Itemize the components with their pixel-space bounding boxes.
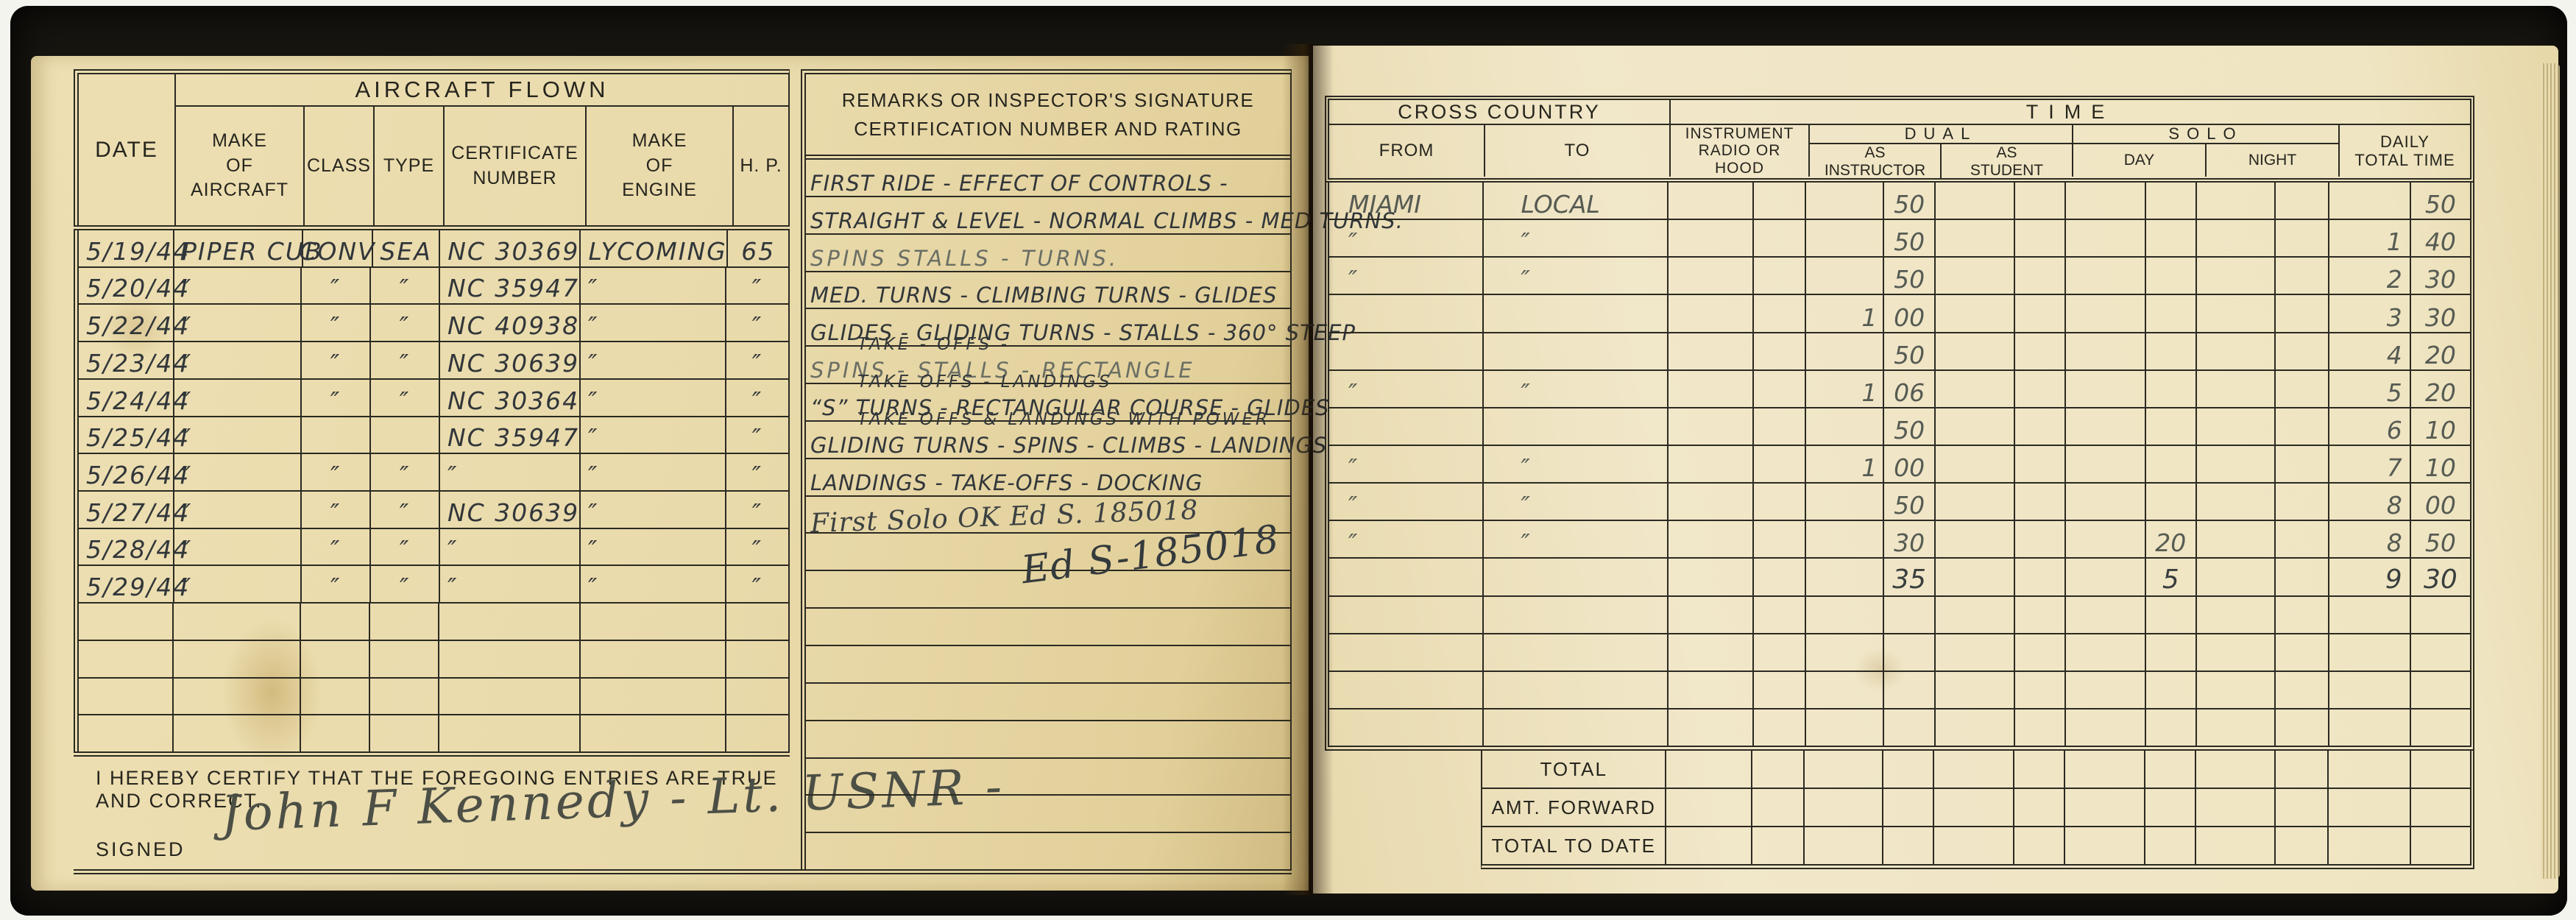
- aircraft-flown-table-header: DATE AIRCRAFT FLOWN MAKE OF AIRCRAFT CLA…: [74, 69, 790, 225]
- class-cell: [301, 641, 370, 677]
- instrument-minutes-cell: [1754, 446, 1806, 482]
- engine-cell: [581, 679, 726, 715]
- remarks-panel: REMARKS OR INSPECTOR'S SIGNATURE CERTIFI…: [801, 69, 1292, 869]
- hp-cell: [726, 715, 788, 751]
- as-instructor-minutes-cell: 50: [1884, 258, 1935, 294]
- from-cell: ″: [1329, 220, 1484, 256]
- instrument-hours-cell: [1669, 484, 1754, 520]
- solo-night-hours-cell: [2197, 220, 2276, 256]
- remark-row: LANDINGS - TAKE-OFFS - DOCKING: [806, 459, 1290, 497]
- from-cell: [1329, 295, 1484, 331]
- totals-row-label: TOTAL: [1482, 751, 1666, 788]
- time-row: ″ ″ 50 8 00: [1329, 484, 2470, 521]
- as-student-hours-cell: [1934, 789, 2014, 826]
- certificate-cell: NC 35947: [440, 417, 581, 453]
- time-row: 50 4 20: [1329, 333, 2470, 371]
- as-instructor-hours-cell: [1806, 597, 1884, 633]
- time-rows: MIAMI LOCAL 50 50 ″ ″ 50 1 40 ″ ″ 50: [1325, 183, 2474, 751]
- class-cell: CONV: [303, 230, 373, 266]
- as-instructor-hours-cell: [1806, 559, 1884, 595]
- as-student-minutes-cell: [2015, 220, 2066, 256]
- solo-night-minutes-cell: [2276, 258, 2329, 294]
- totals-row: TOTAL TO DATE: [1482, 827, 2470, 864]
- as-instructor-hours-cell: [1806, 258, 1884, 294]
- type-cell: [371, 417, 440, 453]
- engine-cell: [581, 641, 726, 677]
- solo-night-minutes-cell: [2276, 559, 2329, 595]
- solo-night-minutes-cell: [2276, 634, 2329, 670]
- class-cell: [302, 417, 371, 453]
- logbook-scan: DATE AIRCRAFT FLOWN MAKE OF AIRCRAFT CLA…: [0, 0, 2576, 920]
- remark-text: GLIDING TURNS - SPINS - CLIMBS - LANDING…: [810, 435, 1327, 456]
- class-cell: ″: [302, 492, 371, 528]
- solo-day-hours-cell: [2066, 183, 2145, 219]
- time-row: ″ ″ 50 2 30: [1329, 258, 2470, 295]
- as-student-minutes-cell: [2015, 446, 2066, 482]
- solo-night-minutes-cell: [2276, 672, 2329, 708]
- as-instructor-hours-cell: [1805, 751, 1883, 788]
- remarks-rows: FIRST RIDE - EFFECT OF CONTROLS - STRAIG…: [806, 160, 1290, 869]
- solo-day-minutes-cell: [2146, 484, 2197, 520]
- time-row: ″ ″ 1 00 7 10: [1329, 446, 2470, 484]
- remarks-header-line1: REMARKS OR INSPECTOR'S SIGNATURE: [842, 89, 1255, 112]
- solo-night-hours-cell: [2197, 446, 2276, 482]
- as-student-hours-cell: [1936, 220, 2015, 256]
- daily-total-minutes-cell: 30: [2411, 559, 2470, 595]
- solo-night-minutes-cell: [2276, 371, 2329, 407]
- daily-total-minutes-cell: [2411, 751, 2470, 788]
- as-instructor-minutes-cell: 35: [1884, 559, 1935, 595]
- cross-country-header: CROSS COUNTRY: [1329, 100, 1671, 124]
- solo-group-header: SOLO DAY NIGHT: [2073, 125, 2340, 177]
- type-cell: ″: [371, 566, 440, 602]
- as-instructor-minutes-cell: 50: [1884, 183, 1935, 219]
- as-student-minutes-cell: [2015, 559, 2066, 595]
- column-header-row: FROM TO INSTRUMENT RADIO OR HOOD DUAL AS…: [1329, 125, 2470, 177]
- type-cell: ″: [371, 454, 440, 490]
- as-instructor-minutes-cell: 06: [1884, 371, 1935, 407]
- make-cell: [174, 715, 301, 751]
- daily-total-hours-cell: [2329, 789, 2410, 826]
- solo-day-hours-cell: [2066, 484, 2145, 520]
- engine-cell: LYCOMING: [581, 230, 728, 266]
- daily-total-hours-cell: 8: [2329, 484, 2411, 520]
- as-instructor-hours-cell: [1806, 183, 1884, 219]
- solo-night-hours-cell: [2196, 827, 2275, 864]
- as-instructor-hours-cell: [1806, 408, 1884, 445]
- to-cell: [1484, 634, 1668, 670]
- to-header: TO: [1485, 125, 1671, 177]
- solo-day-minutes-cell: [2145, 751, 2197, 788]
- solo-night-hours-cell: [2197, 183, 2276, 219]
- hp-cell: 65: [728, 230, 788, 266]
- type-cell: ″: [371, 305, 440, 341]
- type-cell: [370, 604, 439, 640]
- remark-text: MED. TURNS - CLIMBING TURNS - GLIDES: [810, 285, 1277, 306]
- to-cell: LOCAL: [1484, 183, 1668, 219]
- aircraft-row: 5/27/44 ″ ″ ″ NC 30639 ″ ″: [79, 492, 788, 529]
- daily-total-hours-cell: [2329, 751, 2410, 788]
- instrument-minutes-cell: [1754, 521, 1806, 557]
- solo-night-minutes-cell: [2276, 521, 2329, 557]
- daily-total-hours-cell: [2329, 827, 2410, 864]
- remark-row: MED. TURNS - CLIMBING TURNS - GLIDES: [806, 272, 1290, 310]
- hp-cell: ″: [726, 268, 788, 304]
- instrument-minutes-cell: [1754, 258, 1806, 294]
- remark-row: TAKE OFFS & LANDINGS WITH POWER GLIDING …: [806, 422, 1290, 459]
- as-student-minutes-cell: [2015, 295, 2066, 331]
- solo-day-minutes-cell: [2146, 295, 2197, 331]
- solo-day-hours-cell: [2066, 258, 2145, 294]
- instrument-minutes-cell: [1754, 559, 1806, 595]
- daily-total-time-header: DAILY TOTAL TIME: [2340, 125, 2470, 177]
- class-header: CLASS: [305, 107, 375, 225]
- solo-night-minutes-cell: [2276, 597, 2329, 633]
- certificate-cell: ″: [440, 566, 581, 602]
- certificate-cell: [439, 604, 580, 640]
- class-cell: ″: [302, 380, 371, 416]
- instrument-hours-cell: [1669, 710, 1754, 746]
- engine-cell: [581, 604, 726, 640]
- to-cell: [1484, 710, 1668, 746]
- daily-total-hours-cell: 9: [2329, 559, 2411, 595]
- make-cell: ″: [174, 342, 302, 378]
- as-student-hours-cell: [1936, 597, 2015, 633]
- remarks-header-line2: CERTIFICATION NUMBER AND RATING: [854, 118, 1242, 141]
- totals-row-label: AMT. FORWARD: [1482, 789, 1666, 826]
- as-student-minutes-cell: [2015, 597, 2066, 633]
- solo-day-minutes-cell: [2146, 597, 2197, 633]
- instrument-hours-cell: [1666, 751, 1752, 788]
- remark-row: [806, 759, 1290, 796]
- as-instructor-hours-cell: 1: [1806, 295, 1884, 331]
- date-cell: 5/22/44: [79, 305, 174, 341]
- as-student-minutes-cell: [2014, 827, 2066, 864]
- from-cell: ″: [1329, 371, 1484, 407]
- to-cell: ″: [1484, 521, 1668, 557]
- aircraft-row: 5/22/44 ″ ″ ″ NC 40938 ″ ″: [79, 305, 788, 342]
- remark-row: SPINS STALLS - TURNS.: [806, 235, 1290, 272]
- class-cell: ″: [302, 342, 371, 378]
- to-cell: ″: [1484, 446, 1668, 482]
- solo-night-hours-cell: [2197, 634, 2276, 670]
- make-of-engine-header: MAKE OF ENGINE: [587, 107, 734, 225]
- from-cell: [1329, 597, 1484, 633]
- daily-total-hours-cell: 7: [2329, 446, 2411, 482]
- engine-cell: [581, 715, 726, 751]
- class-cell: ″: [302, 268, 371, 304]
- time-header: TIME: [1671, 100, 2470, 124]
- make-cell: ″: [174, 268, 302, 304]
- as-student-minutes-cell: [2015, 371, 2066, 407]
- date-cell: [79, 715, 174, 751]
- solo-night-minutes-cell: [2276, 183, 2329, 219]
- solo-day-hours-cell: [2065, 751, 2145, 788]
- solo-day-hours-cell: [2065, 789, 2145, 826]
- daily-total-minutes-cell: [2411, 634, 2470, 670]
- type-cell: ″: [371, 380, 440, 416]
- daily-total-hours-cell: 5: [2329, 371, 2411, 407]
- solo-day-minutes-cell: [2145, 789, 2197, 826]
- time-row: 1 00 3 30: [1329, 295, 2470, 333]
- aircraft-row: [79, 604, 788, 641]
- hp-cell: ″: [726, 529, 788, 565]
- make-cell: ″: [174, 417, 302, 453]
- daily-total-hours-cell: 2: [2329, 258, 2411, 294]
- as-student-hours-cell: [1936, 183, 2015, 219]
- dual-group-header: DUAL AS INSTRUCTOR AS STUDENT: [1810, 125, 2073, 177]
- as-instructor-hours-cell: [1806, 672, 1884, 708]
- aircraft-row: [79, 679, 788, 716]
- date-cell: 5/20/44: [79, 268, 174, 304]
- day-header: DAY: [2073, 144, 2205, 177]
- date-cell: 5/24/44: [79, 380, 174, 416]
- solo-day-minutes-cell: [2146, 220, 2197, 256]
- aircraft-flown-rows: 5/19/44 PIPER CUB CONV SEA NC 30369 LYCO…: [74, 230, 790, 751]
- from-cell: [1329, 408, 1484, 445]
- date-cell: 5/28/44: [79, 529, 174, 565]
- hp-cell: ″: [726, 492, 788, 528]
- remark-row: Ed S-185018: [806, 534, 1290, 571]
- as-student-hours-cell: [1936, 672, 2015, 708]
- engine-cell: ″: [581, 417, 726, 453]
- as-instructor-minutes-cell: [1883, 827, 1935, 864]
- as-instructor-minutes-cell: 30: [1884, 521, 1935, 557]
- daily-total-minutes-cell: [2411, 789, 2470, 826]
- time-row: [1329, 710, 2470, 746]
- aircraft-row: 5/20/44 ″ ″ ″ NC 35947 ″ ″: [79, 268, 788, 305]
- as-instructor-hours-cell: [1806, 521, 1884, 557]
- from-cell: [1329, 710, 1484, 746]
- solo-day-minutes-cell: [2145, 827, 2197, 864]
- solo-night-hours-cell: [2196, 789, 2275, 826]
- engine-cell: ″: [581, 380, 726, 416]
- from-cell: ″: [1329, 521, 1484, 557]
- hp-cell: ″: [726, 305, 788, 341]
- as-instructor-minutes-cell: [1883, 751, 1935, 788]
- instrument-hours-cell: [1669, 183, 1754, 219]
- solo-day-hours-cell: [2066, 446, 2145, 482]
- date-cell: 5/27/44: [79, 492, 174, 528]
- instrument-hours-cell: [1669, 672, 1754, 708]
- as-student-minutes-cell: [2015, 710, 2066, 746]
- hp-cell: ″: [726, 380, 788, 416]
- instrument-minutes-cell: [1752, 827, 1805, 864]
- make-cell: ″: [174, 380, 302, 416]
- remark-row: [806, 721, 1290, 759]
- make-cell: ″: [174, 566, 302, 602]
- remark-row: [806, 833, 1290, 869]
- as-student-header: AS STUDENT: [1940, 144, 2072, 179]
- solo-day-minutes-cell: [2146, 258, 2197, 294]
- as-instructor-minutes-cell: 50: [1884, 333, 1935, 369]
- solo-night-hours-cell: [2197, 597, 2276, 633]
- type-cell: ″: [371, 268, 440, 304]
- daily-total-minutes-cell: 30: [2411, 295, 2470, 331]
- certificate-cell: [439, 715, 580, 751]
- make-cell: ″: [174, 454, 302, 490]
- night-header: NIGHT: [2205, 144, 2338, 177]
- as-student-minutes-cell: [2015, 634, 2066, 670]
- totals-row-label: TOTAL TO DATE: [1482, 827, 1666, 864]
- solo-day-hours-cell: [2066, 371, 2145, 407]
- as-student-minutes-cell: [2015, 672, 2066, 708]
- date-cell: 5/25/44: [79, 417, 174, 453]
- as-instructor-minutes-cell: 50: [1884, 220, 1935, 256]
- aircraft-row: 5/26/44 ″ ″ ″ ″ ″ ″: [79, 454, 788, 492]
- aircraft-row: 5/19/44 PIPER CUB CONV SEA NC 30369 LYCO…: [79, 230, 788, 268]
- solo-night-minutes-cell: [2276, 710, 2329, 746]
- to-cell: ″: [1484, 371, 1668, 407]
- solo-night-hours-cell: [2197, 710, 2276, 746]
- as-student-minutes-cell: [2014, 789, 2066, 826]
- daily-total-minutes-cell: [2411, 710, 2470, 746]
- as-instructor-minutes-cell: [1884, 597, 1935, 633]
- solo-day-hours-cell: [2066, 710, 2145, 746]
- instrument-minutes-cell: [1754, 371, 1806, 407]
- time-row: MIAMI LOCAL 50 50: [1329, 183, 2470, 220]
- instrument-hours-cell: [1669, 220, 1754, 256]
- engine-cell: ″: [581, 305, 726, 341]
- as-student-hours-cell: [1936, 559, 2015, 595]
- class-cell: ″: [302, 529, 371, 565]
- solo-day-hours-cell: [2066, 408, 2145, 445]
- as-instructor-hours-cell: [1805, 827, 1883, 864]
- class-cell: [301, 679, 370, 715]
- instrument-hours-cell: [1666, 789, 1752, 826]
- type-cell: ″: [371, 342, 440, 378]
- as-student-hours-cell: [1936, 295, 2015, 331]
- as-student-hours-cell: [1936, 408, 2015, 445]
- certificate-cell: NC 30639: [440, 492, 581, 528]
- totals-row: TOTAL: [1482, 751, 2470, 789]
- certificate-cell: NC 40938: [440, 305, 581, 341]
- remark-row: [806, 646, 1290, 684]
- solo-day-hours-cell: [2066, 597, 2145, 633]
- as-student-hours-cell: [1936, 521, 2015, 557]
- as-student-minutes-cell: [2014, 751, 2066, 788]
- date-cell: 5/23/44: [79, 342, 174, 378]
- hp-cell: [726, 641, 788, 677]
- make-cell: [174, 679, 301, 715]
- from-cell: [1329, 333, 1484, 369]
- instrument-minutes-cell: [1754, 220, 1806, 256]
- solo-night-hours-cell: [2197, 484, 2276, 520]
- time-row: ″ ″ 50 1 40: [1329, 220, 2470, 258]
- make-of-aircraft-header: MAKE OF AIRCRAFT: [176, 107, 305, 225]
- remark-text: SPINS STALLS - TURNS.: [810, 248, 1119, 269]
- solo-day-hours-cell: [2066, 559, 2145, 595]
- instrument-minutes-cell: [1754, 672, 1806, 708]
- as-student-minutes-cell: [2015, 258, 2066, 294]
- instrument-hours-cell: [1666, 827, 1752, 864]
- certificate-cell: NC 30364: [440, 380, 581, 416]
- solo-day-minutes-cell: [2146, 446, 2197, 482]
- type-cell: [370, 641, 439, 677]
- as-instructor-minutes-cell: [1884, 634, 1935, 670]
- from-cell: ″: [1329, 258, 1484, 294]
- as-student-hours-cell: [1934, 751, 2014, 788]
- as-student-hours-cell: [1936, 371, 2015, 407]
- solo-night-hours-cell: [2197, 333, 2276, 369]
- hp-header: H. P.: [734, 107, 788, 225]
- solo-day-minutes-cell: 20: [2146, 521, 2197, 557]
- hp-cell: ″: [726, 454, 788, 490]
- from-cell: [1329, 559, 1484, 595]
- daily-total-minutes-cell: 20: [2411, 371, 2470, 407]
- as-instructor-minutes-cell: [1884, 672, 1935, 708]
- solo-night-minutes-cell: [2276, 446, 2329, 482]
- class-cell: [301, 715, 370, 751]
- remark-text: LANDINGS - TAKE-OFFS - DOCKING: [810, 473, 1203, 494]
- solo-night-hours-cell: [2197, 295, 2276, 331]
- aircraft-row: 5/24/44 ″ ″ ″ NC 30364 ″ ″: [79, 380, 788, 417]
- daily-total-hours-cell: [2329, 634, 2411, 670]
- from-header: FROM: [1329, 125, 1485, 177]
- as-student-minutes-cell: [2015, 521, 2066, 557]
- solo-night-minutes-cell: [2276, 789, 2329, 826]
- time-row: [1329, 597, 2470, 634]
- instrument-hours-cell: [1669, 521, 1754, 557]
- daily-total-minutes-cell: 00: [2411, 484, 2470, 520]
- page-stack-edge: [2541, 63, 2560, 879]
- solo-day-minutes-cell: [2146, 333, 2197, 369]
- as-instructor-minutes-cell: 00: [1884, 295, 1935, 331]
- instrument-hours-cell: [1669, 446, 1754, 482]
- instrument-hours-cell: [1669, 333, 1754, 369]
- as-instructor-minutes-cell: 50: [1884, 408, 1935, 445]
- to-cell: [1484, 295, 1668, 331]
- group-header-row: CROSS COUNTRY TIME: [1329, 100, 2470, 125]
- certificate-cell: NC 35947: [440, 268, 581, 304]
- solo-night-hours-cell: [2197, 672, 2276, 708]
- aircraft-row: [79, 641, 788, 679]
- aircraft-row: 5/23/44 ″ ″ ″ NC 30639 ″ ″: [79, 342, 788, 380]
- type-header: TYPE: [375, 107, 445, 225]
- solo-day-minutes-cell: 5: [2146, 559, 2197, 595]
- hp-cell: [726, 679, 788, 715]
- to-cell: ″: [1484, 220, 1668, 256]
- daily-total-minutes-cell: [2411, 597, 2470, 633]
- solo-label: SOLO: [2073, 125, 2338, 144]
- double-rule: [74, 869, 1292, 874]
- as-student-hours-cell: [1936, 258, 2015, 294]
- solo-night-hours-cell: [2197, 371, 2276, 407]
- date-cell: 5/26/44: [79, 454, 174, 490]
- remark-text: FIRST RIDE - EFFECT OF CONTROLS -: [810, 173, 1228, 194]
- totals-footer: TOTAL AMT. FORWARD TOTAL TO DATE: [1481, 751, 2474, 869]
- aircraft-row: 5/29/44 ″ ″ ″ ″ ″ ″: [79, 566, 788, 604]
- from-cell: ″: [1329, 446, 1484, 482]
- instrument-minutes-cell: [1754, 408, 1806, 445]
- solo-night-minutes-cell: [2276, 295, 2329, 331]
- engine-cell: ″: [581, 454, 726, 490]
- instrument-minutes-cell: [1754, 597, 1806, 633]
- remark-superscript: TAKE - OFFS -: [857, 335, 1010, 354]
- engine-cell: ″: [581, 268, 726, 304]
- as-instructor-minutes-cell: 50: [1884, 484, 1935, 520]
- from-cell: MIAMI: [1329, 183, 1484, 219]
- remark-row: STRAIGHT & LEVEL - NORMAL CLIMBS - MED T…: [806, 197, 1290, 235]
- hp-cell: ″: [726, 417, 788, 453]
- certificate-number-header: CERTIFICATE NUMBER: [445, 107, 587, 225]
- aircraft-row: 5/28/44 ″ ″ ″ ″ ″ ″: [79, 529, 788, 567]
- instrument-hours-cell: [1669, 371, 1754, 407]
- daily-total-minutes-cell: 10: [2411, 446, 2470, 482]
- double-rule: [74, 225, 790, 230]
- as-student-hours-cell: [1936, 484, 2015, 520]
- daily-total-hours-cell: [2329, 597, 2411, 633]
